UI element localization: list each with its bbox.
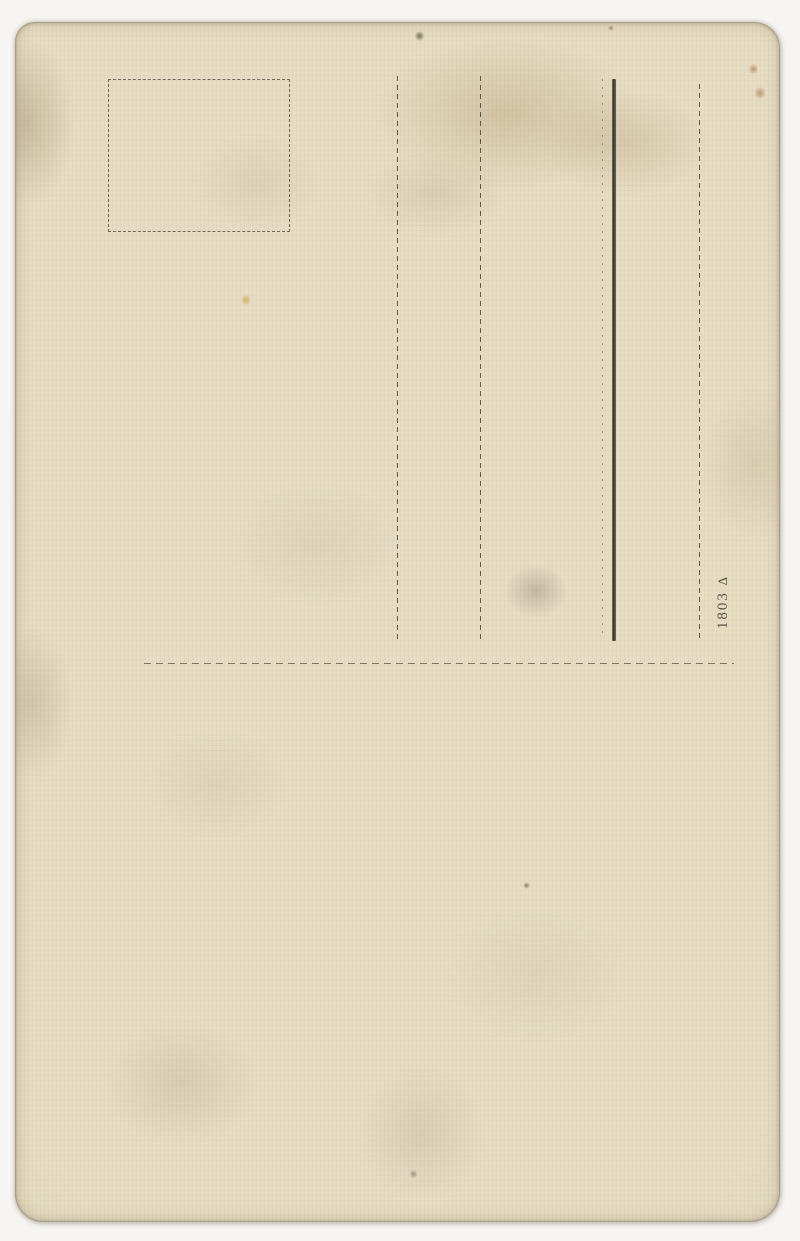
grey-speck — [410, 1169, 417, 1179]
printed-number: 1803 Δ — [715, 553, 735, 653]
yellow-stain — [242, 293, 250, 307]
printed-mark-glyph: Δ — [715, 577, 730, 585]
stamp-box — [108, 79, 290, 232]
ink-speck — [415, 30, 424, 42]
address-divider-line-2 — [480, 76, 481, 642]
rust-speck — [608, 25, 614, 31]
message-address-divider-solid — [612, 79, 616, 641]
message-address-divider-fine — [602, 79, 603, 635]
rust-stain — [749, 63, 758, 75]
rust-stain — [755, 85, 765, 101]
address-divider-line-3 — [699, 84, 700, 641]
address-rule-horizontal — [144, 663, 734, 664]
brown-speck — [523, 882, 530, 889]
postcard: 1803 Δ — [15, 22, 780, 1222]
scan-background: 1803 Δ — [0, 0, 800, 1241]
address-divider-line-1 — [397, 76, 398, 642]
printed-code-text: 1803 — [715, 591, 731, 629]
